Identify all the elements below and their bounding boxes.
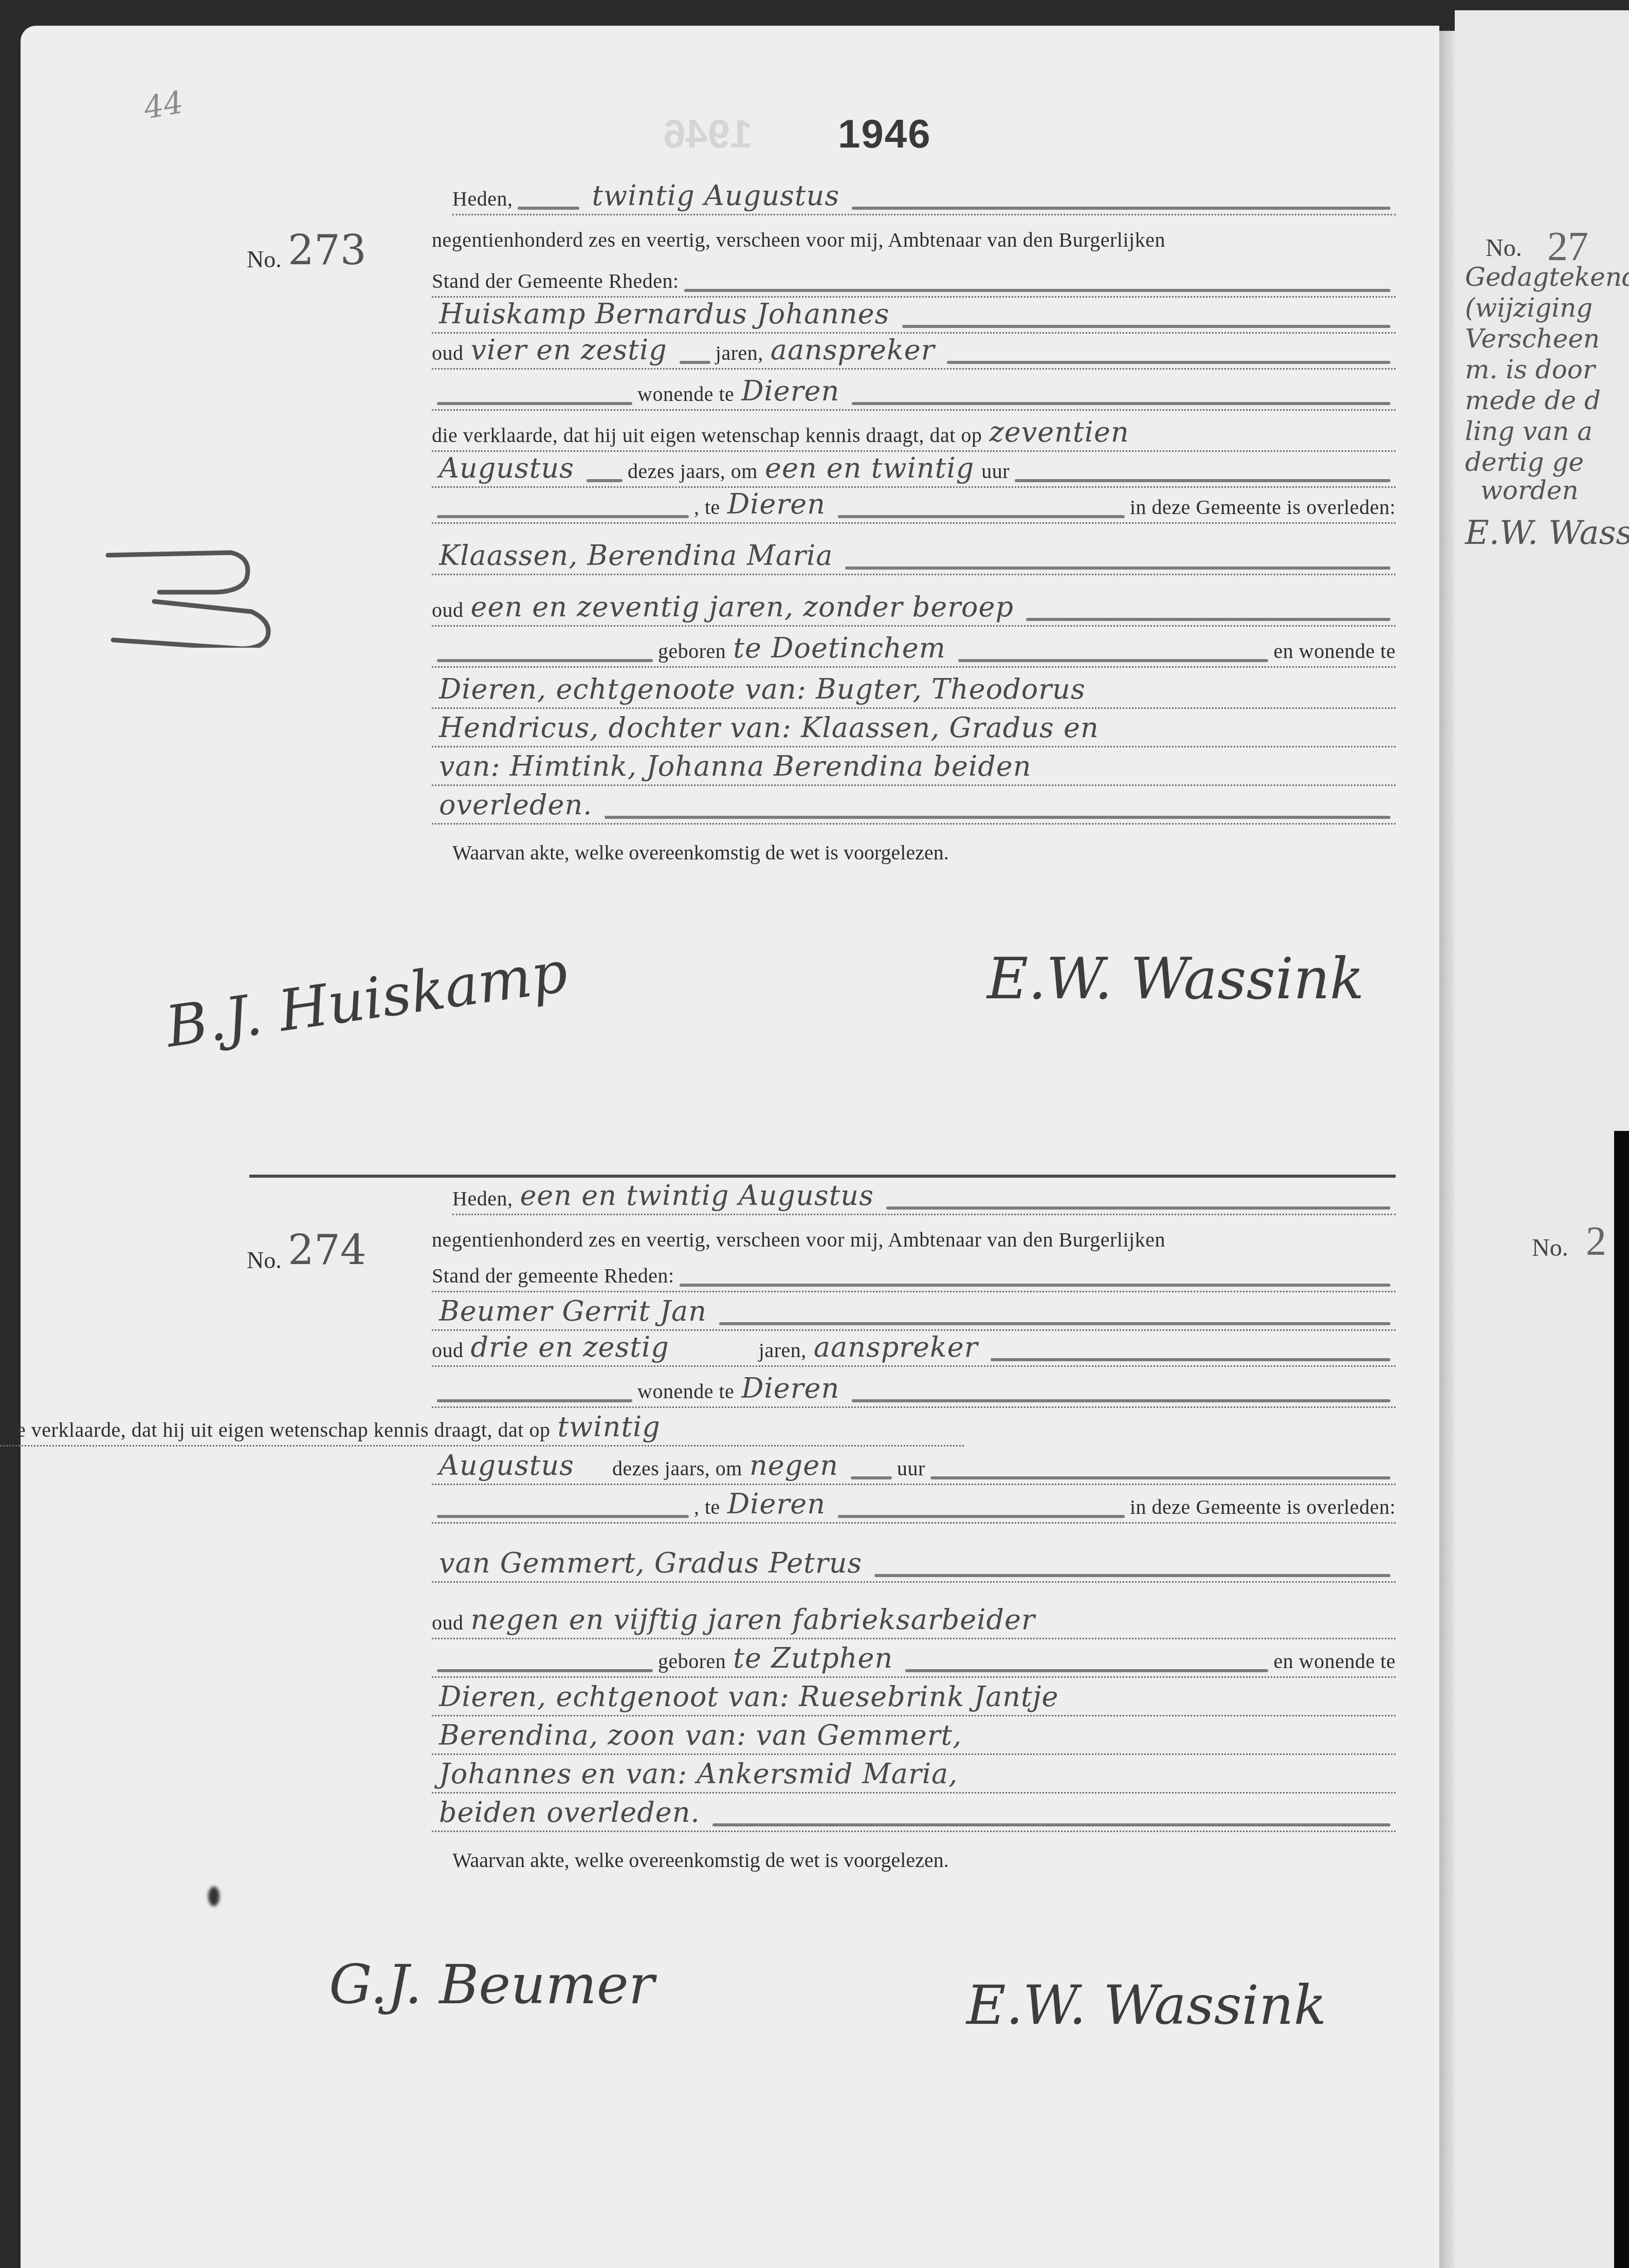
margin-note-line: m. is door	[1465, 355, 1595, 385]
details-text: Dieren, echtgenoote van: Bugter, Theodor…	[439, 673, 1086, 707]
line-details-4: overleden.	[432, 794, 1396, 825]
details-text: overleden.	[439, 789, 592, 823]
uur-label: uur	[981, 459, 1010, 486]
line-declaration: die verklaarde, dat hij uit eigen wetens…	[432, 422, 1396, 452]
corner-annotation: 44	[141, 84, 186, 126]
margin-note-line: dertig ge	[1465, 447, 1584, 477]
details-text: van: Himtink, Johanna Berendina beiden	[439, 750, 1032, 784]
deceased-name: Klaassen, Berendina Maria	[439, 539, 833, 574]
margin-note-line: Verscheen	[1465, 324, 1600, 354]
deceased-age-occupation: een en zeventig jaren, zonder beroep	[471, 591, 1014, 625]
record-number: 274	[288, 1226, 367, 1274]
details-text: Berendina, zoon van: van Gemmert,	[439, 1719, 962, 1753]
closing-formula: Waarvan akte, welke overeenkomstig de we…	[452, 1848, 949, 1872]
line-death-place: , te Dieren in deze Gemeente is overlede…	[432, 1493, 1396, 1524]
margin-note-line: mede de d	[1465, 386, 1601, 415]
facing-no-label: No.	[1486, 234, 1522, 262]
death-place: Dieren	[727, 1488, 826, 1522]
facing-no-label: No.	[1532, 1234, 1568, 1262]
margin-note-line: worden	[1480, 475, 1579, 505]
death-hour: een en twintig	[765, 452, 974, 486]
overleden-label: in deze Gemeente is overleden:	[1130, 495, 1396, 522]
margin-note-line: ling van a	[1465, 416, 1593, 446]
birthplace: te Doetinchem	[733, 632, 946, 666]
entry-separator	[249, 1175, 1396, 1178]
en-wonende-label: en wonende te	[1273, 639, 1396, 666]
date-handwritten: een en twintig Augustus	[520, 1179, 873, 1214]
signature-official: E.W. Wassink	[987, 946, 1364, 1012]
closing-formula: Waarvan akte, welke overeenkomstig de we…	[452, 840, 949, 865]
bleed-through-year: 1946	[663, 111, 753, 157]
declarant-residence: Dieren	[741, 1372, 839, 1406]
details-text: Hendricus, dochter van: Klaassen, Gradus…	[439, 711, 1099, 746]
heden-label: Heden,	[452, 187, 513, 214]
signature-declarant: G.J. Beumer	[329, 1953, 654, 2016]
line-death-time: Augustus dezes jaars, om negen uur	[432, 1455, 1396, 1485]
line-deceased-age: oud een en zeventig jaren, zonder beroep	[432, 596, 1396, 627]
declarant-name: Beumer Gerrit Jan	[439, 1295, 707, 1329]
geboren-label: geboren	[658, 639, 726, 666]
line-declarant-age: oud drie en zestig jaren, aanspreker	[432, 1337, 1396, 1367]
line-stand: Stand der gemeente Rheden:	[432, 1262, 1396, 1292]
deceased-age-occupation: negen en vijftig jaren fabrieksarbeider	[471, 1603, 1035, 1638]
record-number: 273	[288, 226, 367, 274]
death-month: Augustus	[439, 1449, 574, 1484]
line-birthplace: geboren te Zutphen en wonende te	[432, 1648, 1396, 1678]
margin-note-line: Gedagtekend	[1465, 262, 1629, 292]
line-declarant-residence: wonende te Dieren	[432, 380, 1396, 411]
printed-line: negentienhonderd zes en veertig, versche…	[432, 1228, 1165, 1255]
death-hour: negen	[749, 1449, 838, 1484]
declarant-age: vier en zestig	[471, 334, 667, 368]
dezes-label: dezes jaars, om	[628, 459, 758, 486]
book-gutter	[1439, 31, 1455, 2268]
wonende-label: wonende te	[637, 382, 734, 409]
declarant-occupation: aanspreker	[814, 1331, 978, 1365]
jaren-label: jaren,	[759, 1338, 807, 1365]
date-handwritten: twintig Augustus	[592, 179, 839, 214]
line-deceased-age: oud negen en vijftig jaren fabrieksarbei…	[432, 1609, 1396, 1639]
record-no-label: No.	[247, 1247, 282, 1274]
line-year-text: negentienhonderd zes en veertig, versche…	[432, 1226, 1396, 1255]
printed-line: die verklaarde, dat hij uit eigen wetens…	[432, 423, 982, 450]
line-declarant-name: Beumer Gerrit Jan	[432, 1301, 1396, 1331]
printed-line: negentienhonderd zes en veertig, versche…	[432, 228, 1165, 255]
year-header: 1946	[838, 111, 931, 157]
line-details-1: Dieren, echtgenoot van: Ruesebrink Jantj…	[432, 1686, 1396, 1716]
line-stand: Stand der Gemeente Rheden:	[432, 267, 1396, 298]
line-death-time: Augustus dezes jaars, om een en twintig …	[432, 458, 1396, 488]
line-heden: Heden, een en twintig Augustus	[452, 1185, 1396, 1215]
oud-label: oud	[432, 1338, 464, 1365]
line-birthplace: geboren te Doetinchem en wonende te	[432, 637, 1396, 668]
death-day: zeventien	[989, 416, 1129, 450]
details-text: Dieren, echtgenoot van: Ruesebrink Jantj…	[439, 1680, 1059, 1715]
line-declaration: die verklaarde, dat hij uit eigen wetens…	[0, 1416, 964, 1447]
oud-label: oud	[432, 1611, 464, 1638]
printed-line: die verklaarde, dat hij uit eigen wetens…	[0, 1418, 550, 1445]
oud-label: oud	[432, 341, 464, 368]
margin-bracket-mark	[98, 535, 283, 648]
line-details-4: beiden overleden.	[432, 1802, 1396, 1832]
margin-note-line: (wijziging	[1465, 293, 1593, 323]
line-deceased-name: van Gemmert, Gradus Petrus	[432, 1552, 1396, 1583]
details-text: Johannes en van: Ankersmid Maria,	[439, 1758, 958, 1792]
line-year-text: negentienhonderd zes en veertig, versche…	[432, 226, 1396, 255]
line-heden: Heden, twintig Augustus	[452, 185, 1396, 215]
details-text: beiden overleden.	[439, 1796, 700, 1831]
line-deceased-name: Klaassen, Berendina Maria	[432, 545, 1396, 575]
line-declarant-name: Huiskamp Bernardus Johannes	[432, 303, 1396, 334]
wonende-label: wonende te	[637, 1379, 734, 1406]
uur-label: uur	[897, 1456, 925, 1484]
margin-note-signature: E.W. Wass	[1465, 514, 1629, 552]
line-details-3: Johannes en van: Ankersmid Maria,	[432, 1763, 1396, 1794]
en-wonende-label: en wonende te	[1273, 1649, 1396, 1676]
signature-official: E.W. Wassink	[966, 1974, 1326, 2037]
scan-border	[1614, 1131, 1629, 2268]
printed-line: Stand der gemeente Rheden:	[432, 1264, 674, 1291]
declarant-name: Huiskamp Bernardus Johannes	[439, 298, 890, 332]
record-no-label: No.	[247, 246, 282, 273]
declarant-residence: Dieren	[741, 375, 839, 409]
line-details-1: Dieren, echtgenoote van: Bugter, Theodor…	[432, 679, 1396, 709]
line-declarant-age: oud vier en zestig jaren, aanspreker	[432, 339, 1396, 370]
death-month: Augustus	[439, 452, 574, 486]
dezes-label: dezes jaars, om	[612, 1456, 742, 1484]
birthplace: te Zutphen	[733, 1642, 893, 1676]
line-declarant-residence: wonende te Dieren	[432, 1378, 1396, 1408]
line-death-place: , te Dieren in deze Gemeente is overlede…	[432, 493, 1396, 524]
facing-record-number: 2	[1586, 1218, 1606, 1265]
geboren-label: geboren	[658, 1649, 726, 1676]
line-details-2: Hendricus, dochter van: Klaassen, Gradus…	[432, 717, 1396, 747]
jaren-label: jaren,	[716, 341, 763, 368]
declarant-occupation: aanspreker	[771, 334, 935, 368]
te-label: , te	[694, 495, 720, 522]
heden-label: Heden,	[452, 1186, 513, 1214]
death-place: Dieren	[727, 488, 826, 522]
printed-line: Stand der Gemeente Rheden:	[432, 269, 679, 296]
deceased-name: van Gemmert, Gradus Petrus	[439, 1547, 862, 1581]
line-details-2: Berendina, zoon van: van Gemmert,	[432, 1725, 1396, 1755]
oud-label: oud	[432, 598, 464, 625]
te-label: , te	[694, 1495, 720, 1522]
declarant-age: drie en zestig	[471, 1331, 669, 1365]
overleden-label: in deze Gemeente is overleden:	[1130, 1495, 1396, 1522]
ink-blot	[208, 1887, 219, 1906]
line-details-3: van: Himtink, Johanna Berendina beiden	[432, 756, 1396, 786]
death-day: twintig	[557, 1411, 661, 1445]
